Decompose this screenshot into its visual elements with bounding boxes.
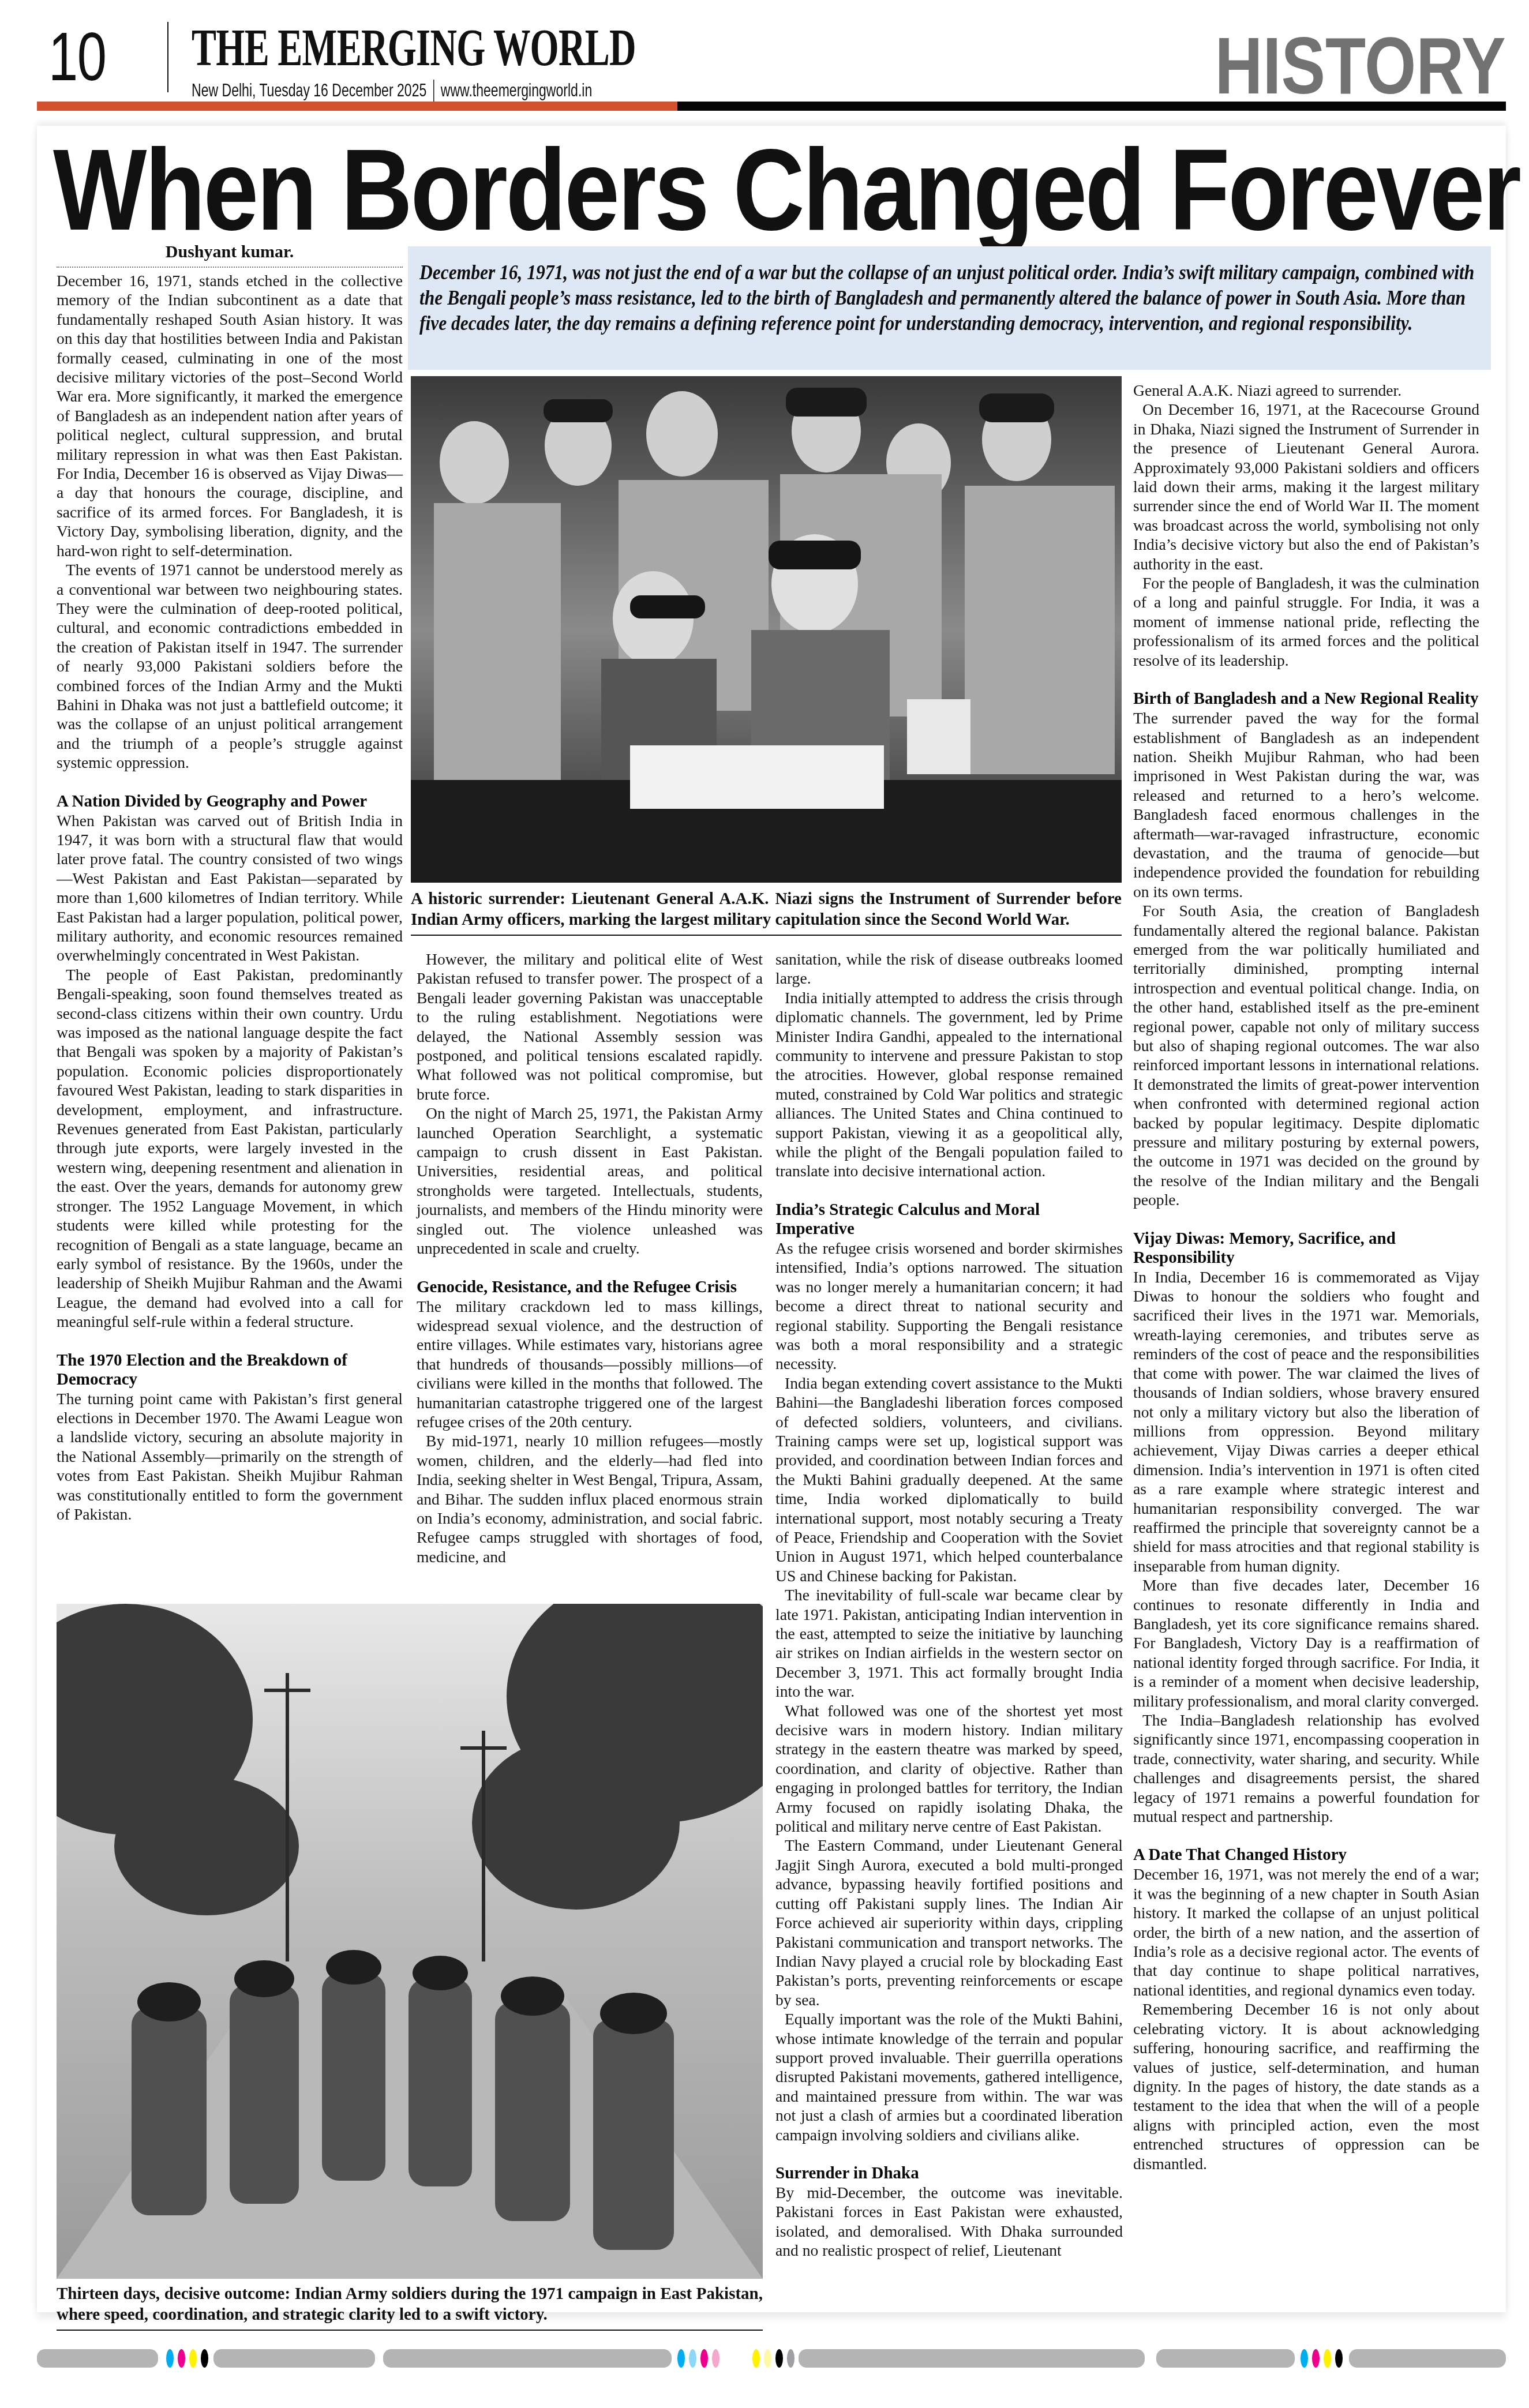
paragraph: General A.A.K. Niazi agreed to surrender… — [1133, 381, 1479, 400]
paragraph: December 16, 1971, stands etched in the … — [57, 271, 403, 560]
gray-bar — [383, 2349, 672, 2368]
yellow-dot — [189, 2349, 197, 2368]
masthead: 10 THE EMERGING WORLD New Delhi, Tuesday… — [37, 17, 1506, 110]
website-link[interactable]: www.theemergingworld.in — [441, 80, 593, 100]
gray-bar — [1349, 2349, 1506, 2368]
paragraph: By mid-December, the outcome was inevita… — [775, 2183, 1123, 2260]
paragraph: India initially attempted to address the… — [775, 988, 1123, 1181]
edition-date: New Delhi, Tuesday 16 December 2025 — [192, 80, 426, 100]
paragraph: What followed was one of the shortest ye… — [775, 1701, 1123, 1836]
paragraph: sanitation, while the risk of disease ou… — [775, 950, 1123, 988]
light-magenta-dot — [712, 2349, 719, 2368]
paragraph: The events of 1971 cannot be understood … — [57, 560, 403, 772]
paragraph: The military crackdown led to mass killi… — [417, 1297, 763, 1432]
subheading: The 1970 Election and the Breakdown of D… — [57, 1351, 403, 1389]
subheading: A Nation Divided by Geography and Power — [57, 792, 403, 811]
photo-image — [411, 376, 1122, 883]
black-dot — [1335, 2349, 1343, 2368]
yellow-dot — [1324, 2349, 1331, 2368]
print-registration-bar — [37, 2349, 1506, 2369]
column-4: General A.A.K. Niazi agreed to surrender… — [1133, 381, 1479, 2173]
paragraph: The Eastern Command, under Lieutenant Ge… — [775, 1836, 1123, 2009]
yellow-dot — [752, 2349, 760, 2368]
paragraph: By mid-1971, nearly 10 million refugees—… — [417, 1431, 763, 1566]
paragraph: The inevitability of full-scale war beca… — [775, 1585, 1123, 1701]
cyan-dot — [677, 2349, 685, 2368]
gray-bar — [1156, 2349, 1295, 2368]
deck-text: December 16, 1971, was not just the end … — [419, 260, 1478, 336]
subheading: Surrender in Dhaka — [775, 2164, 1123, 2183]
paragraph: As the refugee crisis worsened and borde… — [775, 1239, 1123, 1374]
newspaper-name: THE EMERGING WORLD — [192, 21, 636, 74]
dateline: New Delhi, Tuesday 16 December 2025www.t… — [192, 80, 592, 104]
paragraph: More than five decades later, December 1… — [1133, 1576, 1479, 1711]
paragraph: India began extending covert assistance … — [775, 1374, 1123, 1585]
gray-bar — [37, 2349, 158, 2368]
paragraph: When Pakistan was carved out of British … — [57, 811, 403, 965]
light-yellow-dot — [764, 2349, 771, 2368]
subheading: Vijay Diwas: Memory, Sacrifice, and Resp… — [1133, 1229, 1479, 1267]
paragraph: For the people of Bangladesh, it was the… — [1133, 573, 1479, 670]
section-label: HISTORY — [1215, 25, 1506, 106]
black-dot — [201, 2349, 208, 2368]
paragraph: In India, December 16 is commemorated as… — [1133, 1267, 1479, 1576]
paragraph: Remembering December 16 is not only abou… — [1133, 2000, 1479, 2173]
masthead-rule-orange — [37, 102, 677, 111]
column-3: sanitation, while the risk of disease ou… — [775, 950, 1123, 2260]
magenta-dot — [1312, 2349, 1320, 2368]
subheading: Birth of Bangladesh and a New Regional R… — [1133, 689, 1479, 708]
column-2: However, the military and political elit… — [417, 950, 763, 1566]
cyan-dot — [166, 2349, 174, 2368]
masthead-divider — [167, 22, 168, 92]
paragraph: For South Asia, the creation of Banglade… — [1133, 901, 1479, 1210]
paragraph: On the night of March 25, 1971, the Paki… — [417, 1104, 763, 1258]
paragraph: The people of East Pakistan, predominant… — [57, 965, 403, 1331]
subheading: A Date That Changed History — [1133, 1846, 1479, 1865]
headline: When Borders Changed Forever — [53, 133, 1294, 248]
paragraph: The turning point came with Pakistan’s f… — [57, 1389, 403, 1524]
masthead-rule-black — [677, 102, 1506, 111]
paragraph: On December 16, 1971, at the Racecourse … — [1133, 400, 1479, 573]
page-number: 10 — [48, 23, 106, 91]
soldiers-march-photo — [57, 1604, 763, 2279]
magenta-dot — [178, 2349, 185, 2368]
photo-image — [57, 1604, 763, 2279]
black-dot — [775, 2349, 783, 2368]
paragraph: The India–Bangladesh relationship has ev… — [1133, 1711, 1479, 1826]
article-deck: December 16, 1971, was not just the end … — [408, 246, 1491, 370]
column-1: December 16, 1971, stands etched in the … — [57, 271, 403, 1524]
paragraph: The surrender paved the way for the form… — [1133, 708, 1479, 901]
paragraph: December 16, 1971, was not merely the en… — [1133, 1865, 1479, 2000]
cyan-dot — [1301, 2349, 1308, 2368]
subheading: India’s Strategic Calculus and Moral Imp… — [775, 1201, 1123, 1239]
magenta-dot — [700, 2349, 708, 2368]
paragraph: However, the military and political elit… — [417, 950, 763, 1104]
gray-dot — [787, 2349, 795, 2368]
byline: Dushyant kumar. — [57, 242, 403, 268]
paragraph: Equally important was the role of the Mu… — [775, 2009, 1123, 2144]
light-cyan-dot — [689, 2349, 696, 2368]
dateline-divider — [433, 80, 434, 104]
subheading: Genocide, Resistance, and the Refugee Cr… — [417, 1278, 763, 1297]
surrender-photo — [411, 376, 1122, 883]
gray-bar — [799, 2349, 1145, 2368]
surrender-photo-caption: A historic surrender: Lieutenant General… — [411, 888, 1122, 936]
gray-bar — [213, 2349, 375, 2368]
soldiers-photo-caption: Thirteen days, decisive outcome: Indian … — [57, 2283, 763, 2331]
